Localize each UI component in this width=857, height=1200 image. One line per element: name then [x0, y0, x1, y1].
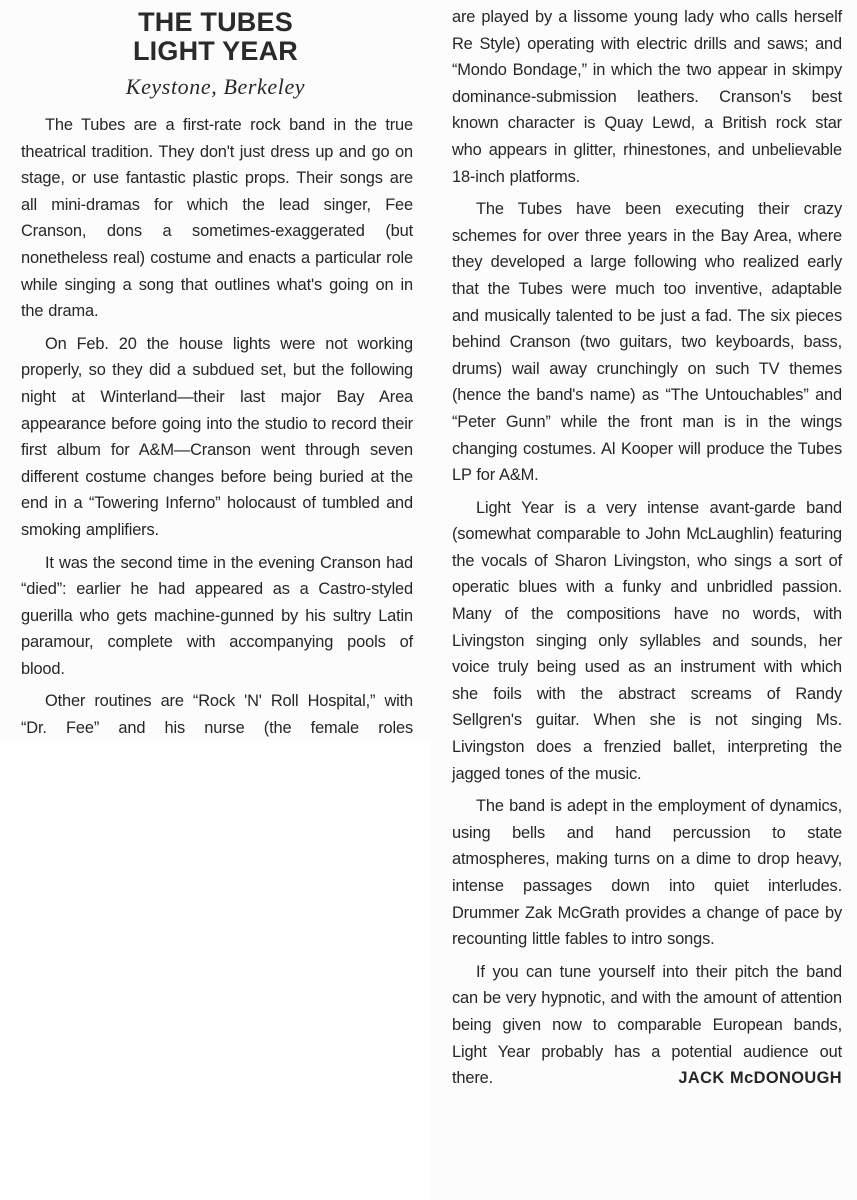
paragraph-continued: are played by a lissome young lady who c…	[452, 4, 842, 190]
paragraph: Light Year is a very intense avant-garde…	[452, 495, 842, 788]
article-headline: THE TUBES LIGHT YEAR	[0, 8, 431, 66]
author-byline: JACK McDONOUGH	[654, 1065, 842, 1092]
right-column: are played by a lissome young lady who c…	[452, 4, 842, 1092]
paragraph: Other routines are “Rock 'N' Roll Hospit…	[21, 688, 413, 741]
headline-band-2: LIGHT YEAR	[0, 37, 431, 66]
paragraph: The Tubes have been executing their craz…	[452, 196, 842, 489]
left-column: The Tubes are a first-rate rock band in …	[21, 112, 413, 742]
headline-band-1: THE TUBES	[0, 8, 431, 37]
paragraph: The band is adept in the employment of d…	[452, 793, 842, 953]
paragraph: On Feb. 20 the house lights were not wor…	[21, 331, 413, 544]
final-paragraph: If you can tune yourself into their pitc…	[452, 959, 842, 1092]
venue-subtitle: Keystone, Berkeley	[0, 74, 431, 100]
paragraph: The Tubes are a first-rate rock band in …	[21, 112, 413, 325]
paragraph: It was the second time in the evening Cr…	[21, 550, 413, 683]
